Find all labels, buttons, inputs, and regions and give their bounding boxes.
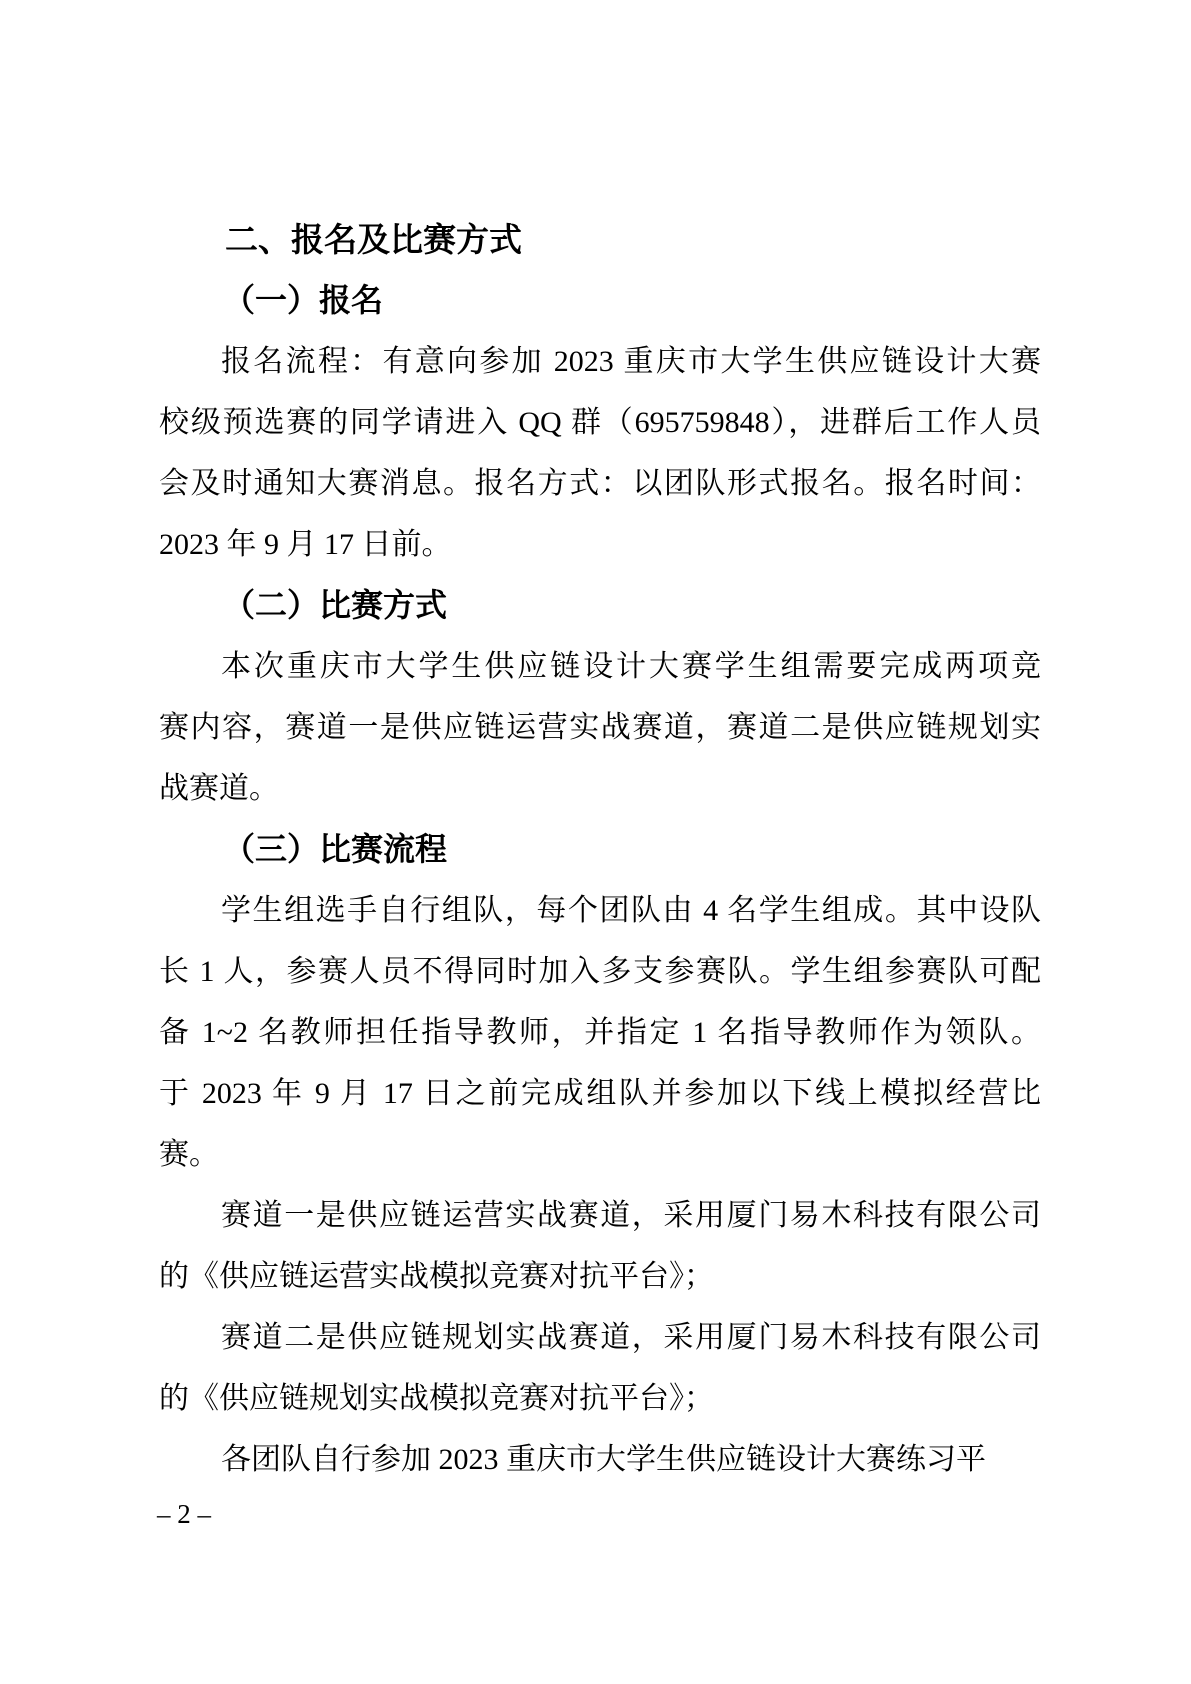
- paragraph-line: 于 2023 年 9 月 17 日之前完成组队并参加以下线上模拟经营比: [159, 1063, 1041, 1124]
- paragraph-line: 报名流程：有意向参加 2023 重庆市大学生供应链设计大赛: [159, 331, 1041, 392]
- paragraph: 学生组选手自行组队，每个团队由 4 名学生组成。其中设队长 1 人，参赛人员不得…: [159, 880, 1041, 1185]
- paragraph-line: 备 1~2 名教师担任指导教师，并指定 1 名指导教师作为领队。: [159, 1002, 1041, 1063]
- paragraph-line: 校级预选赛的同学请进入 QQ 群（695759848），进群后工作人员: [159, 392, 1041, 453]
- subsection-heading: （二）比赛方式: [159, 575, 1041, 636]
- section-heading: 二、报名及比赛方式: [159, 209, 1041, 270]
- paragraph-line: 2023 年 9 月 17 日前。: [159, 514, 1041, 575]
- paragraph: 赛道一是供应链运营实战赛道，采用厦门易木科技有限公司的《供应链运营实战模拟竞赛对…: [159, 1185, 1041, 1307]
- paragraph: 本次重庆市大学生供应链设计大赛学生组需要完成两项竞赛内容，赛道一是供应链运营实战…: [159, 636, 1041, 819]
- paragraph: 各团队自行参加 2023 重庆市大学生供应链设计大赛练习平: [159, 1429, 1041, 1490]
- paragraph-line: 的《供应链规划实战模拟竞赛对抗平台》；: [159, 1368, 1041, 1429]
- paragraph-line: 赛。: [159, 1124, 1041, 1185]
- paragraph-line: 战赛道。: [159, 758, 1041, 819]
- paragraph-line: 赛道一是供应链运营实战赛道，采用厦门易木科技有限公司: [159, 1185, 1041, 1246]
- document-content: 二、报名及比赛方式（一）报名报名流程：有意向参加 2023 重庆市大学生供应链设…: [159, 209, 1041, 1490]
- page-number: – 2 –: [157, 1498, 211, 1530]
- paragraph: 赛道二是供应链规划实战赛道，采用厦门易木科技有限公司的《供应链规划实战模拟竞赛对…: [159, 1307, 1041, 1429]
- paragraph: 报名流程：有意向参加 2023 重庆市大学生供应链设计大赛校级预选赛的同学请进入…: [159, 331, 1041, 575]
- paragraph-line: 的《供应链运营实战模拟竞赛对抗平台》；: [159, 1246, 1041, 1307]
- subsection-heading: （一）报名: [159, 270, 1041, 331]
- paragraph-line: 赛内容，赛道一是供应链运营实战赛道，赛道二是供应链规划实: [159, 697, 1041, 758]
- paragraph-line: 赛道二是供应链规划实战赛道，采用厦门易木科技有限公司: [159, 1307, 1041, 1368]
- paragraph-line: 长 1 人，参赛人员不得同时加入多支参赛队。学生组参赛队可配: [159, 941, 1041, 1002]
- subsection-heading: （三）比赛流程: [159, 819, 1041, 880]
- paragraph-line: 本次重庆市大学生供应链设计大赛学生组需要完成两项竞: [159, 636, 1041, 697]
- paragraph-line: 各团队自行参加 2023 重庆市大学生供应链设计大赛练习平: [159, 1429, 1041, 1490]
- document-page: 二、报名及比赛方式（一）报名报名流程：有意向参加 2023 重庆市大学生供应链设…: [0, 0, 1191, 1684]
- paragraph-line: 学生组选手自行组队，每个团队由 4 名学生组成。其中设队: [159, 880, 1041, 941]
- paragraph-line: 会及时通知大赛消息。报名方式：以团队形式报名。报名时间：: [159, 453, 1041, 514]
